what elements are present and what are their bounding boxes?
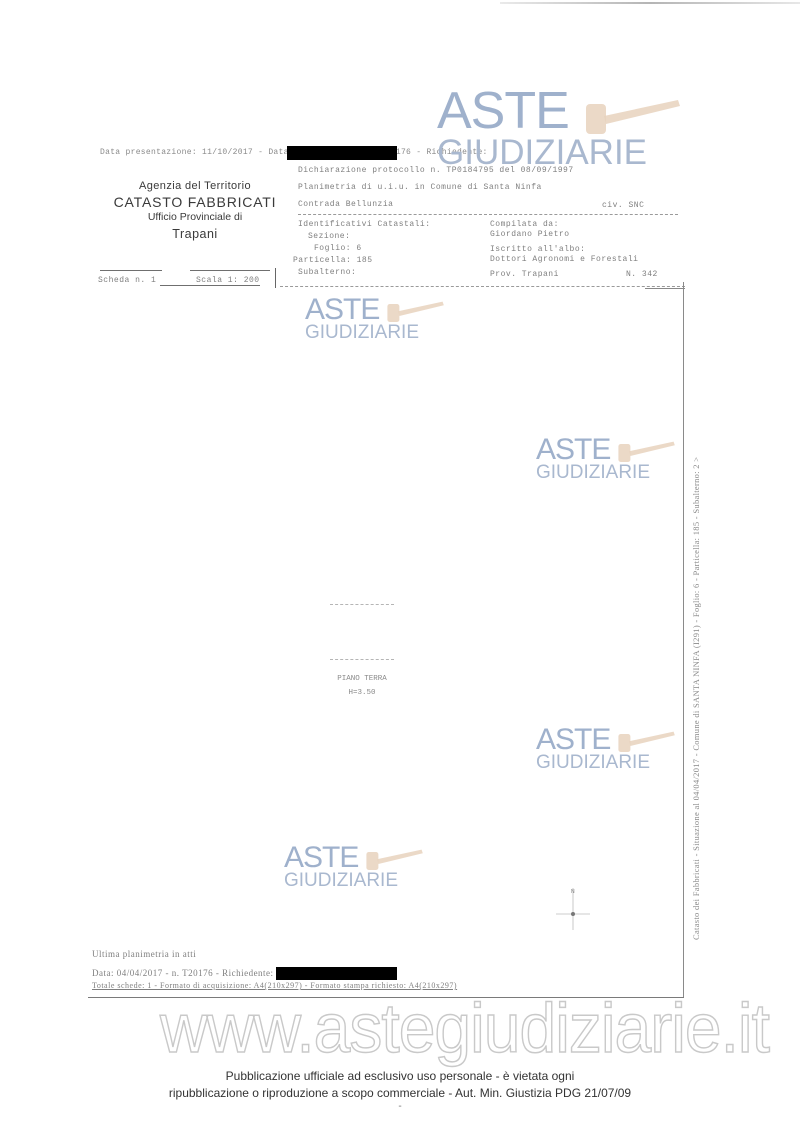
prov-field: Prov. Trapani (490, 270, 559, 279)
gavel-icon (616, 438, 676, 468)
floor-plan-label: PIANO TERRA H=3.50 (330, 672, 394, 700)
aste-watermark-top: ASTE GIUDIZIARIE (437, 88, 647, 170)
site-watermark: www.astegiudiziarie.it (160, 988, 650, 1068)
ultima-planimetria: Ultima planimetria in atti (92, 949, 196, 959)
redaction-bar-top (287, 146, 397, 160)
header-divider (298, 214, 678, 215)
planimetria-field: Planimetria di u.i.u. in Comune di Santa… (298, 183, 542, 192)
ufficio-label: Ufficio Provinciale di (100, 211, 290, 223)
north-arrow-icon: N (548, 884, 598, 934)
aste-watermark: ASTE GIUDIZIARIE (305, 296, 419, 342)
rule (160, 285, 260, 286)
floor-plan (330, 604, 394, 660)
dichiarazione-field: Dichiarazione protocollo n. TP0184795 de… (298, 166, 574, 175)
subalterno-field: Subalterno: (298, 268, 356, 277)
gavel-icon (616, 728, 676, 758)
identificativi-label: Identificativi Catastali: (298, 220, 431, 229)
catasto-title: CATASTO FABBRICATI (100, 194, 290, 210)
particella-field: Particella: 185 (293, 256, 373, 265)
scala-field: Scala 1: 200 (196, 276, 260, 285)
compilata-name: Giordano Pietro (490, 230, 570, 239)
aste-watermark: ASTE GIUDIZIARIE (536, 726, 650, 772)
aste-watermark: ASTE GIUDIZIARIE (284, 844, 398, 890)
civico-field: civ. SNC (602, 201, 644, 210)
iscritto-value: Dottori Agronomi e Forestali (490, 255, 638, 264)
rule (190, 270, 270, 271)
gavel-icon (364, 846, 424, 876)
rule (275, 268, 276, 288)
iscritto-label: Iscritto all'albo: (490, 245, 585, 254)
scan-artifact-line (500, 2, 800, 4)
sheet-border-right (683, 282, 684, 997)
ufficio-city: Trapani (100, 227, 290, 241)
svg-text:N: N (571, 889, 575, 895)
rule (645, 288, 685, 289)
redaction-bar-bottom (276, 967, 397, 980)
indirizzo-field: Contrada Bellunzia (298, 200, 393, 209)
aste-watermark: ASTE GIUDIZIARIE (536, 436, 650, 482)
gavel-icon (582, 94, 682, 144)
rule (100, 270, 162, 271)
floor-name: PIANO TERRA (330, 672, 394, 686)
agency-block: Agenzia del Territorio CATASTO FABBRICAT… (100, 180, 290, 241)
publication-notice: Pubblicazione ufficiale ad esclusivo uso… (100, 1068, 700, 1112)
notice-line-1: Pubblicazione ufficiale ad esclusivo uso… (100, 1068, 700, 1085)
notice-dash: - (100, 1102, 700, 1112)
data-richiesta: Data: 04/04/2017 - n. T20176 - Richieden… (92, 968, 274, 978)
agency-name: Agenzia del Territorio (100, 180, 290, 192)
header-bottom-rule (280, 286, 685, 287)
floor-height: H=3.50 (330, 686, 394, 700)
scheda-field: Scheda n. 1 (98, 276, 156, 285)
side-caption: Catasto dei Fabbricati - Situazione al 0… (691, 380, 701, 940)
numero-field: N. 342 (626, 270, 658, 279)
foglio-field: Foglio: 6 (314, 244, 362, 253)
notice-line-2: ripubblicazione o riproduzione a scopo c… (100, 1085, 700, 1102)
sezione-field: Sezione: (308, 232, 350, 241)
compilata-label: Compilata da: (490, 220, 559, 229)
gavel-icon (385, 298, 445, 328)
